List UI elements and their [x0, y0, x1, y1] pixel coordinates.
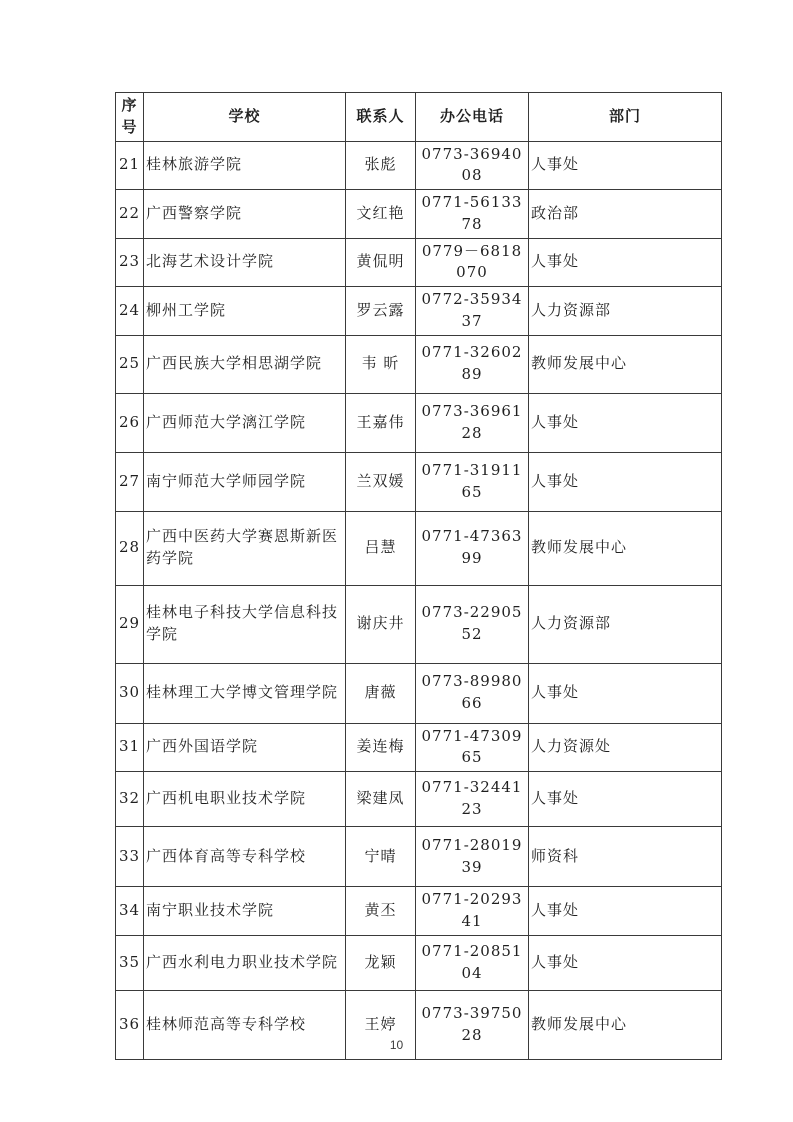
header-contact: 联系人 — [346, 93, 416, 142]
contact-name: 姜连梅 — [346, 723, 416, 772]
office-phone: 0773-3696128 — [416, 393, 529, 452]
office-phone: 0773-8998066 — [416, 663, 529, 723]
contact-name: 宁晴 — [346, 827, 416, 887]
contact-name: 罗云露 — [346, 287, 416, 336]
department-name: 师资科 — [529, 827, 722, 887]
contact-name: 梁建凤 — [346, 772, 416, 827]
row-number: 24 — [116, 287, 144, 336]
office-phone: 0771-2085104 — [416, 935, 529, 990]
contact-name: 吕慧 — [346, 511, 416, 585]
row-number: 34 — [116, 887, 144, 936]
row-number: 30 — [116, 663, 144, 723]
department-name: 人事处 — [529, 887, 722, 936]
header-department: 部门 — [529, 93, 722, 142]
table-row: 21 桂林旅游学院 张彪 0773-3694008 人事处 — [116, 141, 722, 190]
document-page: 序号 学校 联系人 办公电话 部门 21 桂林旅游学院 张彪 0773-3694… — [0, 0, 793, 1122]
header-no: 序号 — [116, 93, 144, 142]
contact-name: 龙颖 — [346, 935, 416, 990]
table-row: 27 南宁师范大学师园学院 兰双媛 0771-3191165 人事处 — [116, 452, 722, 511]
row-number: 31 — [116, 723, 144, 772]
table-row: 28 广西中医药大学赛恩斯新医药学院 吕慧 0771-4736399 教师发展中… — [116, 511, 722, 585]
row-number: 26 — [116, 393, 144, 452]
table-row: 24 柳州工学院 罗云露 0772-3593437 人力资源部 — [116, 287, 722, 336]
page-number: 10 — [0, 1038, 793, 1052]
school-name: 广西警察学院 — [144, 190, 346, 239]
department-name: 人事处 — [529, 772, 722, 827]
department-name: 人事处 — [529, 393, 722, 452]
department-name: 人力资源部 — [529, 585, 722, 663]
table-row: 30 桂林理工大学博文管理学院 唐薇 0773-8998066 人事处 — [116, 663, 722, 723]
office-phone: 0771-4736399 — [416, 511, 529, 585]
department-name: 人事处 — [529, 935, 722, 990]
contact-name: 黄侃明 — [346, 238, 416, 287]
contact-name: 兰双媛 — [346, 452, 416, 511]
table-body: 21 桂林旅游学院 张彪 0773-3694008 人事处 22 广西警察学院 … — [116, 141, 722, 1059]
office-phone: 0771-2801939 — [416, 827, 529, 887]
school-name: 广西水利电力职业技术学院 — [144, 935, 346, 990]
department-name: 人事处 — [529, 452, 722, 511]
school-name: 柳州工学院 — [144, 287, 346, 336]
school-name: 桂林旅游学院 — [144, 141, 346, 190]
school-name: 南宁职业技术学院 — [144, 887, 346, 936]
school-name: 广西中医药大学赛恩斯新医药学院 — [144, 511, 346, 585]
office-phone: 0771-2029341 — [416, 887, 529, 936]
header-phone: 办公电话 — [416, 93, 529, 142]
department-name: 政治部 — [529, 190, 722, 239]
department-name: 教师发展中心 — [529, 335, 722, 393]
row-number: 35 — [116, 935, 144, 990]
table-row: 34 南宁职业技术学院 黄丕 0771-2029341 人事处 — [116, 887, 722, 936]
school-name: 广西机电职业技术学院 — [144, 772, 346, 827]
office-phone: 0771-4730965 — [416, 723, 529, 772]
row-number: 23 — [116, 238, 144, 287]
row-number: 21 — [116, 141, 144, 190]
table-row: 29 桂林电子科技大学信息科技学院 谢庆井 0773-2290552 人力资源部 — [116, 585, 722, 663]
school-name: 北海艺术设计学院 — [144, 238, 346, 287]
school-name: 广西师范大学漓江学院 — [144, 393, 346, 452]
contact-name: 谢庆井 — [346, 585, 416, 663]
department-name: 人事处 — [529, 663, 722, 723]
table-row: 33 广西体育高等专科学校 宁晴 0771-2801939 师资科 — [116, 827, 722, 887]
office-phone: 0772-3593437 — [416, 287, 529, 336]
department-name: 人力资源部 — [529, 287, 722, 336]
table-row: 31 广西外国语学院 姜连梅 0771-4730965 人力资源处 — [116, 723, 722, 772]
contact-name: 王嘉伟 — [346, 393, 416, 452]
department-name: 人事处 — [529, 141, 722, 190]
department-name: 教师发展中心 — [529, 511, 722, 585]
row-number: 22 — [116, 190, 144, 239]
office-phone: 0771-3244123 — [416, 772, 529, 827]
contact-name: 文红艳 — [346, 190, 416, 239]
office-phone: 0771-3260289 — [416, 335, 529, 393]
row-number: 28 — [116, 511, 144, 585]
school-name: 广西外国语学院 — [144, 723, 346, 772]
school-name: 桂林理工大学博文管理学院 — [144, 663, 346, 723]
table-header-row: 序号 学校 联系人 办公电话 部门 — [116, 93, 722, 142]
row-number: 33 — [116, 827, 144, 887]
office-phone: 0773-3694008 — [416, 141, 529, 190]
table-row: 23 北海艺术设计学院 黄侃明 0779－6818070 人事处 — [116, 238, 722, 287]
contact-name: 黄丕 — [346, 887, 416, 936]
office-phone: 0773-2290552 — [416, 585, 529, 663]
header-school: 学校 — [144, 93, 346, 142]
school-name: 桂林电子科技大学信息科技学院 — [144, 585, 346, 663]
row-number: 29 — [116, 585, 144, 663]
office-phone: 0771-3191165 — [416, 452, 529, 511]
school-name: 南宁师范大学师园学院 — [144, 452, 346, 511]
row-number: 25 — [116, 335, 144, 393]
school-name: 广西体育高等专科学校 — [144, 827, 346, 887]
office-phone: 0771-5613378 — [416, 190, 529, 239]
contact-name: 韦 昕 — [346, 335, 416, 393]
table-row: 32 广西机电职业技术学院 梁建凤 0771-3244123 人事处 — [116, 772, 722, 827]
row-number: 32 — [116, 772, 144, 827]
department-name: 人事处 — [529, 238, 722, 287]
contact-name: 张彪 — [346, 141, 416, 190]
office-phone: 0779－6818070 — [416, 238, 529, 287]
table-row: 25 广西民族大学相思湖学院 韦 昕 0771-3260289 教师发展中心 — [116, 335, 722, 393]
school-name: 广西民族大学相思湖学院 — [144, 335, 346, 393]
table-row: 26 广西师范大学漓江学院 王嘉伟 0773-3696128 人事处 — [116, 393, 722, 452]
department-name: 人力资源处 — [529, 723, 722, 772]
table-row: 22 广西警察学院 文红艳 0771-5613378 政治部 — [116, 190, 722, 239]
school-contact-table: 序号 学校 联系人 办公电话 部门 21 桂林旅游学院 张彪 0773-3694… — [115, 92, 722, 1060]
contact-name: 唐薇 — [346, 663, 416, 723]
table-row: 35 广西水利电力职业技术学院 龙颖 0771-2085104 人事处 — [116, 935, 722, 990]
row-number: 27 — [116, 452, 144, 511]
